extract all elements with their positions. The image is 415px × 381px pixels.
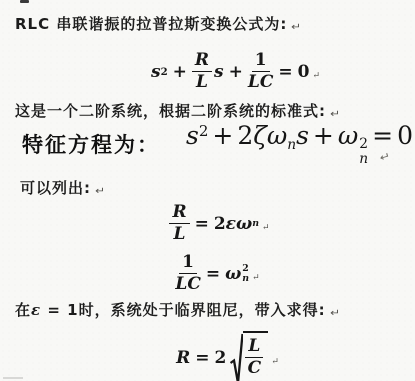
math-s: s xyxy=(151,62,161,82)
math-omega-sub-n: n xyxy=(287,137,296,153)
plus-operator: + xyxy=(224,62,248,82)
math-omega: ω xyxy=(225,264,241,284)
math-coefficient: 2 xyxy=(215,348,227,368)
math-zero: 0 xyxy=(397,121,413,150)
equals-operator: = xyxy=(273,62,297,82)
return-mark: ↵ xyxy=(330,109,340,120)
formula-result: R = 2 LC ↵ xyxy=(20,331,415,381)
paragraph-list: 可以列出:↵ xyxy=(20,177,415,198)
math-epsilon: ε xyxy=(31,301,41,319)
math-s-squared: 2 xyxy=(199,122,209,140)
equals-operator: = xyxy=(368,121,397,150)
math-omega: ω xyxy=(267,121,287,150)
return-mark: ↵ xyxy=(330,308,340,319)
return-mark: ↵ xyxy=(252,273,260,283)
scanned-document-page: RLC 串联谐振的拉普拉斯变换公式为:↵ s2 + RL s + 1LC = 0… xyxy=(0,0,415,381)
fraction-R-over-L: RL xyxy=(192,51,212,92)
scan-artifact-top xyxy=(20,0,29,3)
paragraph-intro: RLC 串联谐振的拉普拉斯变换公式为:↵ xyxy=(15,13,415,34)
return-mark: ↵ xyxy=(271,357,279,367)
math-omega-n-squared: 2n xyxy=(242,264,249,284)
paragraph-intro-text: RLC 串联谐振的拉普拉斯变换公式为: xyxy=(15,15,287,33)
math-omega: ω xyxy=(236,214,252,234)
characteristic-heading: 特征方程为： xyxy=(22,129,160,159)
math-coefficient: 2 xyxy=(237,121,253,150)
math-s: s xyxy=(296,121,309,150)
math-omega-n-squared: 2n xyxy=(359,137,368,166)
math-omega: ω xyxy=(338,121,358,150)
math-zeta: ζ xyxy=(253,121,267,150)
equals-operator: = xyxy=(190,214,214,234)
characteristic-equation-line: 特征方程为： s2+2ζωns+ω2n=0 xyxy=(22,121,413,166)
math-zero: 0 xyxy=(298,62,310,82)
radical-sign-icon xyxy=(230,333,243,381)
paragraph-list-text: 可以列出: xyxy=(20,179,91,197)
return-mark: ↵ xyxy=(312,71,320,81)
math-s: s xyxy=(186,121,199,150)
return-mark: ↵ xyxy=(95,186,105,197)
paragraph-critical-pre: 在 xyxy=(15,301,31,319)
paragraph-second-order-text: 这是一个二阶系统，根据二阶系统的标准式: xyxy=(15,102,326,120)
formula-damping: RL = 2 ε ω n ↵ xyxy=(12,203,415,244)
math-R: R xyxy=(176,348,190,368)
plus-operator: + xyxy=(208,121,237,150)
paragraph-second-order: 这是一个二阶系统，根据二阶系统的标准式:↵ xyxy=(15,100,415,121)
fraction-L-over-C: LC xyxy=(243,331,268,378)
math-epsilon: ε xyxy=(226,214,236,234)
square-root: LC xyxy=(230,331,268,381)
formula-characteristic: s2+2ζωns+ω2n=0 xyxy=(186,121,413,166)
math-coefficient: 2 xyxy=(214,214,226,234)
fraction-1-over-LC: 1LC xyxy=(175,253,200,294)
equals-operator: = xyxy=(190,348,214,368)
math-omega-sub-n: n xyxy=(252,218,259,229)
return-mark: ↵ xyxy=(292,22,302,33)
plus-operator: + xyxy=(168,62,192,82)
formula-natural-frequency: 1LC = ω 2n ↵ xyxy=(10,253,415,294)
fraction-R-over-L: RL xyxy=(169,203,189,244)
fraction-1-over-LC: 1LC xyxy=(248,51,273,92)
paragraph-critical-damping: 在ε = 1时，系统处于临界阻尼，带入求得:↵ xyxy=(15,299,415,320)
paragraph-critical-rest: = 1时，系统处于临界阻尼，带入求得: xyxy=(41,301,325,319)
plus-operator: + xyxy=(309,121,338,150)
math-s: s xyxy=(214,62,224,82)
math-s-squared: 2 xyxy=(161,66,168,78)
equals-operator: = xyxy=(201,264,225,284)
formula-laplace: s2 + RL s + 1LC = 0 ↵ xyxy=(28,51,415,92)
return-mark: ↵ xyxy=(262,223,270,233)
